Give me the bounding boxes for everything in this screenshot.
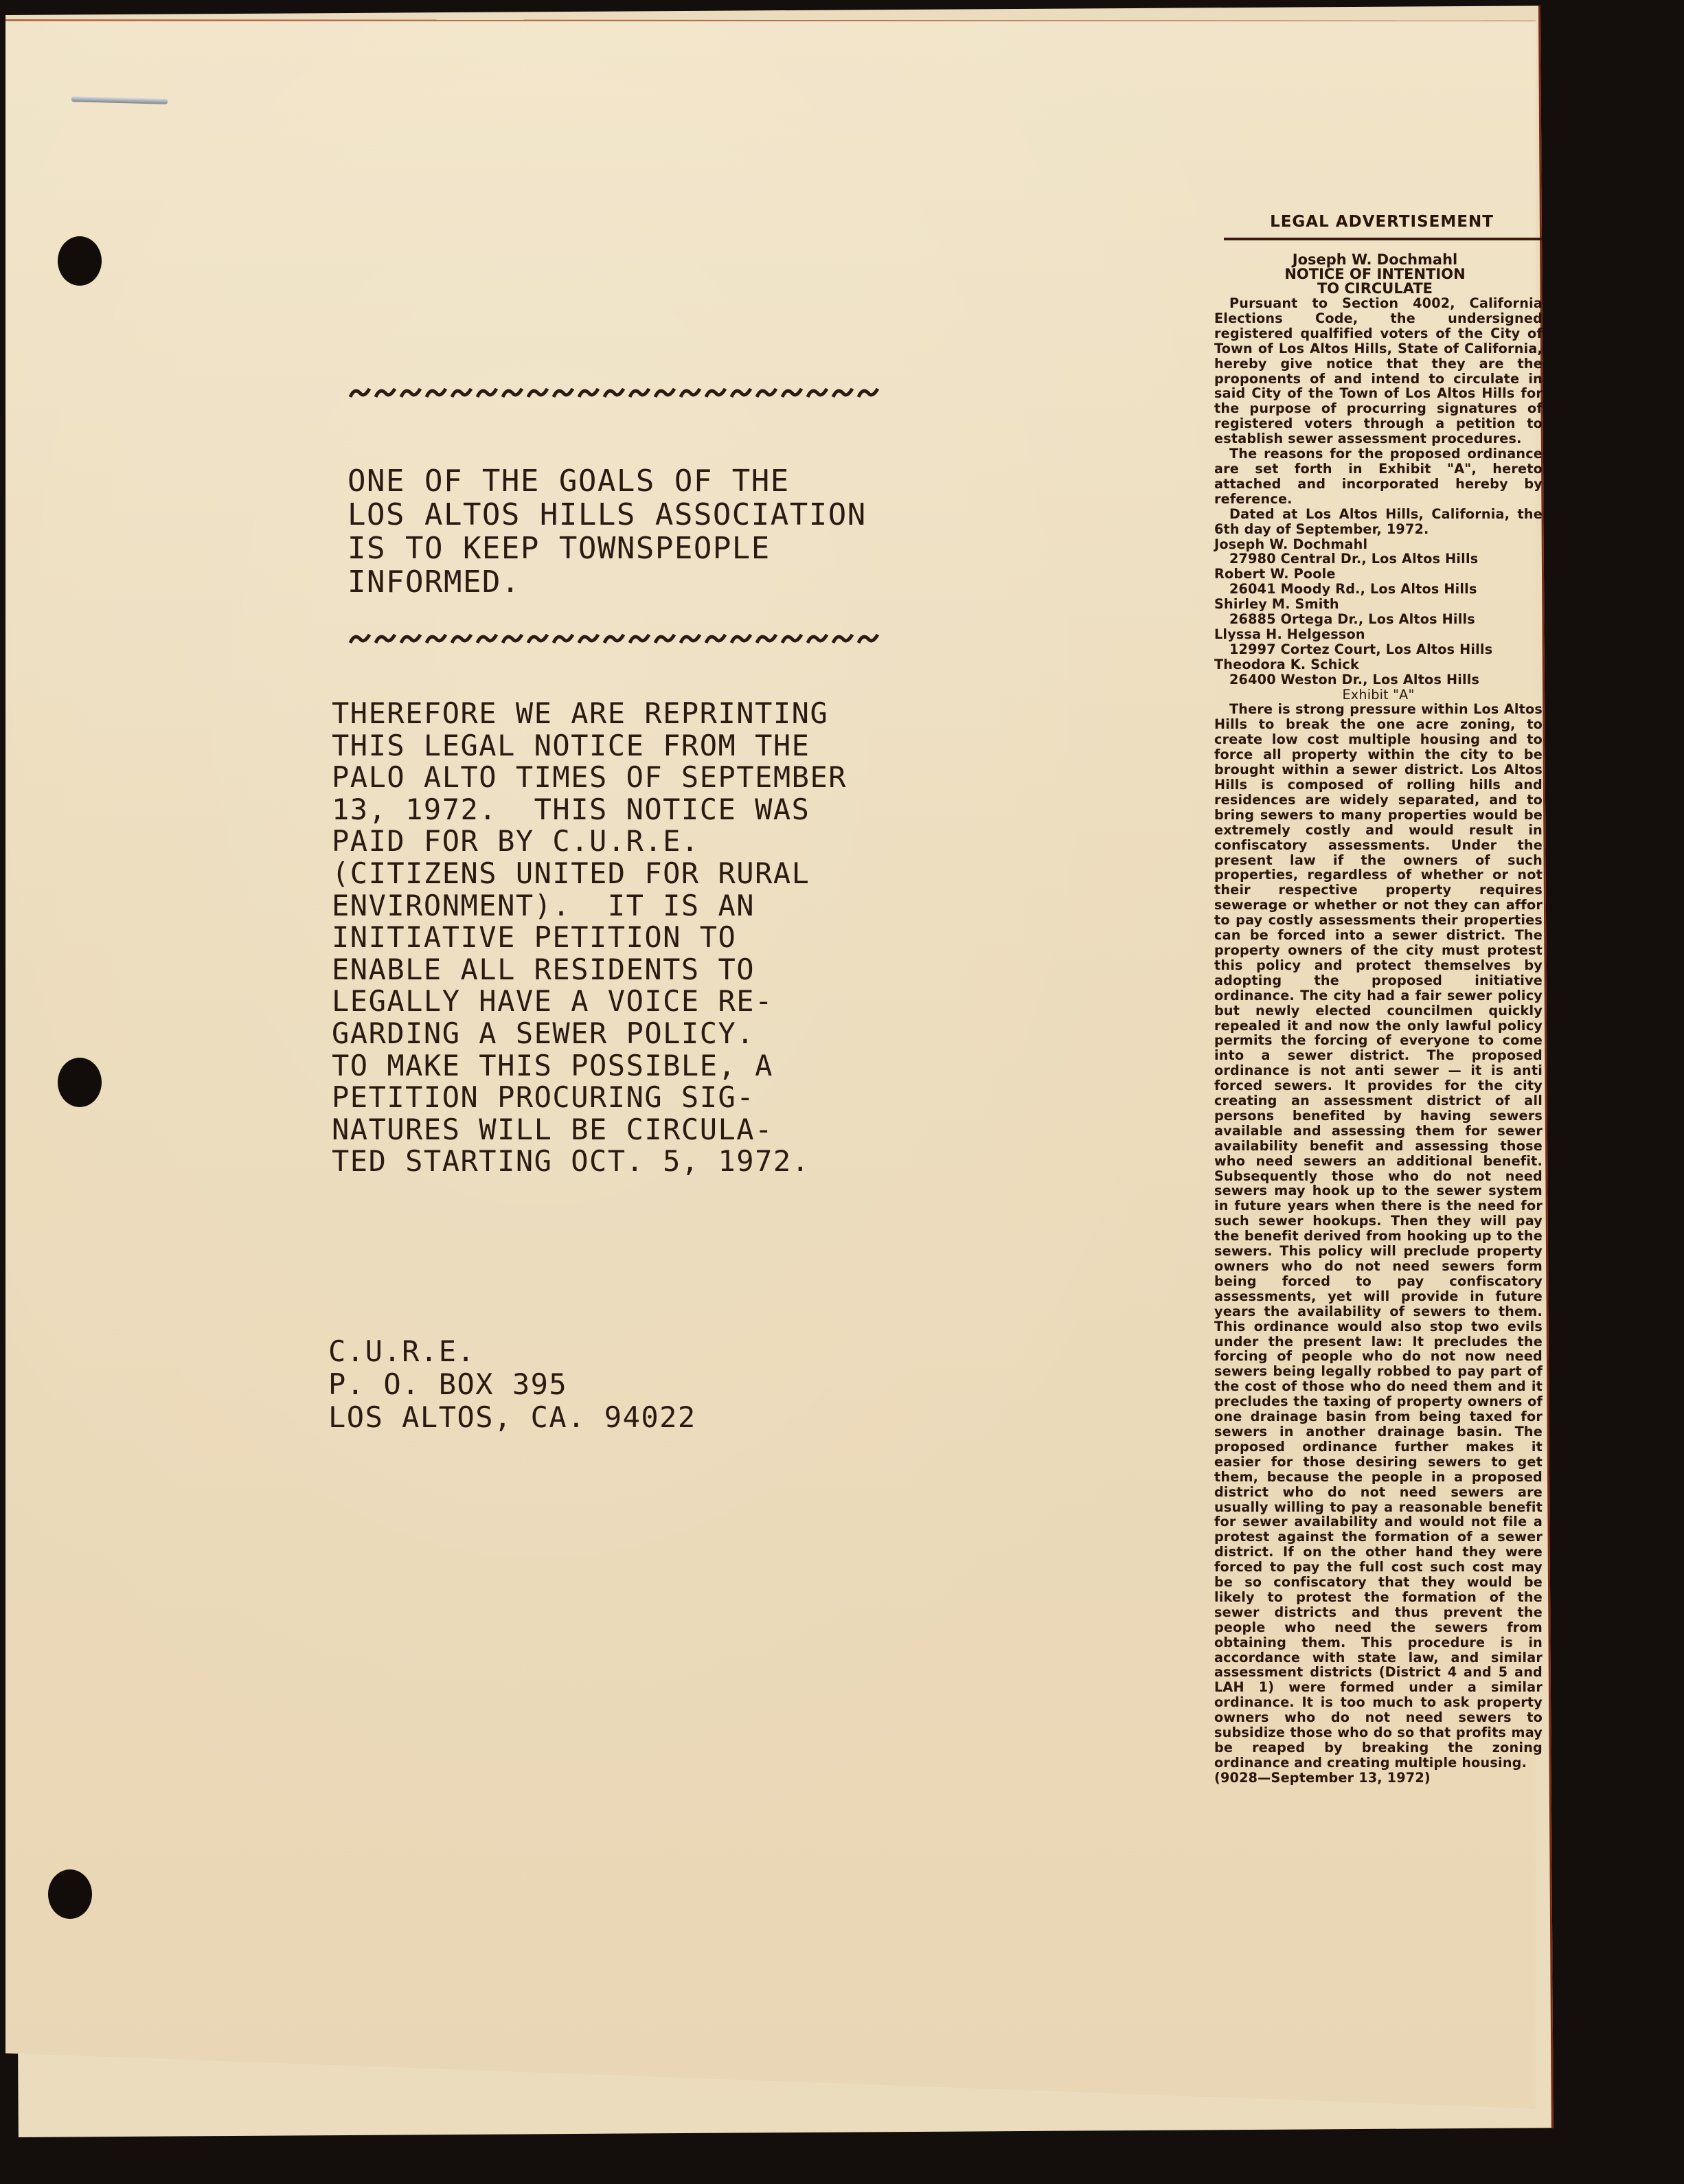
- reasons-paragraph: The reasons for the proposed ordinance a…: [1214, 446, 1543, 507]
- body-line: TED STARTING OCT. 5, 1972.: [332, 1146, 847, 1178]
- city-zip: LOS ALTOS, CA. 94022: [328, 1401, 696, 1434]
- ad-title-line2: TO CIRCULATE: [1203, 282, 1547, 296]
- ad-header: LEGAL ADVERTISEMENT: [1203, 213, 1547, 231]
- signer-address: 12997 Cortez Court, Los Altos Hills: [1214, 642, 1543, 657]
- ad-title-line1: NOTICE OF INTENTION: [1203, 267, 1547, 282]
- body-line: (CITIZENS UNITED FOR RURAL: [332, 858, 847, 890]
- body-line: ENVIRONMENT). IT IS AN: [332, 890, 847, 922]
- body-line: LEGALLY HAVE A VOICE RE-: [332, 986, 847, 1018]
- body-line: INITIATIVE PETITION TO: [332, 922, 847, 954]
- body-line: 13, 1972. THIS NOTICE WAS: [332, 794, 847, 826]
- signer-address: 26041 Moody Rd., Los Altos Hills: [1214, 582, 1543, 597]
- punch-hole-icon: [48, 1869, 92, 1919]
- punch-hole-icon: [58, 236, 102, 286]
- body-line: THEREFORE WE ARE REPRINTING: [332, 698, 847, 730]
- ad-body: Pursuant to Section 4002, California Ele…: [1203, 296, 1547, 1786]
- body-line: TO MAKE THIS POSSIBLE, A: [332, 1050, 847, 1082]
- signer-name: Theodora K. Schick: [1214, 657, 1543, 672]
- signer-name: Robert W. Poole: [1214, 567, 1543, 582]
- dated-paragraph: Dated at Los Altos Hills, California, th…: [1214, 507, 1543, 537]
- body-line: THIS LEGAL NOTICE FROM THE: [332, 730, 847, 762]
- body-line: PAID FOR BY C.U.R.E.: [332, 826, 847, 858]
- signer-name: Joseph W. Dochmahl: [1214, 537, 1543, 552]
- signer-address: 26400 Weston Dr., Los Altos Hills: [1214, 672, 1543, 687]
- org-name: C.U.R.E.: [328, 1335, 696, 1368]
- exhibit-label: Exhibit "A": [1214, 687, 1543, 703]
- mailing-address: C.U.R.E. P. O. BOX 395 LOS ALTOS, CA. 94…: [328, 1335, 696, 1434]
- pursuant-paragraph: Pursuant to Section 4002, California Ele…: [1214, 296, 1543, 446]
- body-line: NATURES WILL BE CIRCULA-: [332, 1114, 847, 1146]
- punch-hole-icon: [58, 1058, 102, 1107]
- signer-name: Shirley M. Smith: [1214, 597, 1543, 612]
- body-line: GARDING A SEWER POLICY.: [332, 1018, 847, 1050]
- signer-name: Llyssa H. Helgesson: [1214, 627, 1543, 642]
- po-box: P. O. BOX 395: [328, 1368, 696, 1401]
- body-line: PETITION PROCURING SIG-: [332, 1082, 847, 1114]
- rope-ornament-icon: [348, 630, 887, 651]
- intro-statement: ONE OF THE GOALS OF THE LOS ALTOS HILLS …: [348, 464, 867, 599]
- ad-footer: (9028—September 13, 1972): [1214, 1771, 1543, 1786]
- ad-title-name: Joseph W. Dochmahl: [1203, 253, 1547, 267]
- ad-header-rule: [1224, 238, 1542, 240]
- signer-address: 27980 Central Dr., Los Altos Hills: [1214, 551, 1543, 567]
- reprint-explanation: THEREFORE WE ARE REPRINTINGTHIS LEGAL NO…: [332, 698, 847, 1178]
- body-line: ENABLE ALL RESIDENTS TO: [332, 954, 847, 986]
- legal-advertisement-clipping: LEGAL ADVERTISEMENT Joseph W. Dochmahl N…: [1203, 213, 1547, 1786]
- signers-list: Joseph W. Dochmahl27980 Central Dr., Los…: [1214, 537, 1543, 687]
- exhibit-text: There is strong pressure within Los Alto…: [1214, 702, 1543, 1770]
- signer-address: 26885 Ortega Dr., Los Altos Hills: [1214, 612, 1543, 627]
- rope-ornament-icon: [348, 385, 887, 405]
- body-line: PALO ALTO TIMES OF SEPTEMBER: [332, 762, 847, 794]
